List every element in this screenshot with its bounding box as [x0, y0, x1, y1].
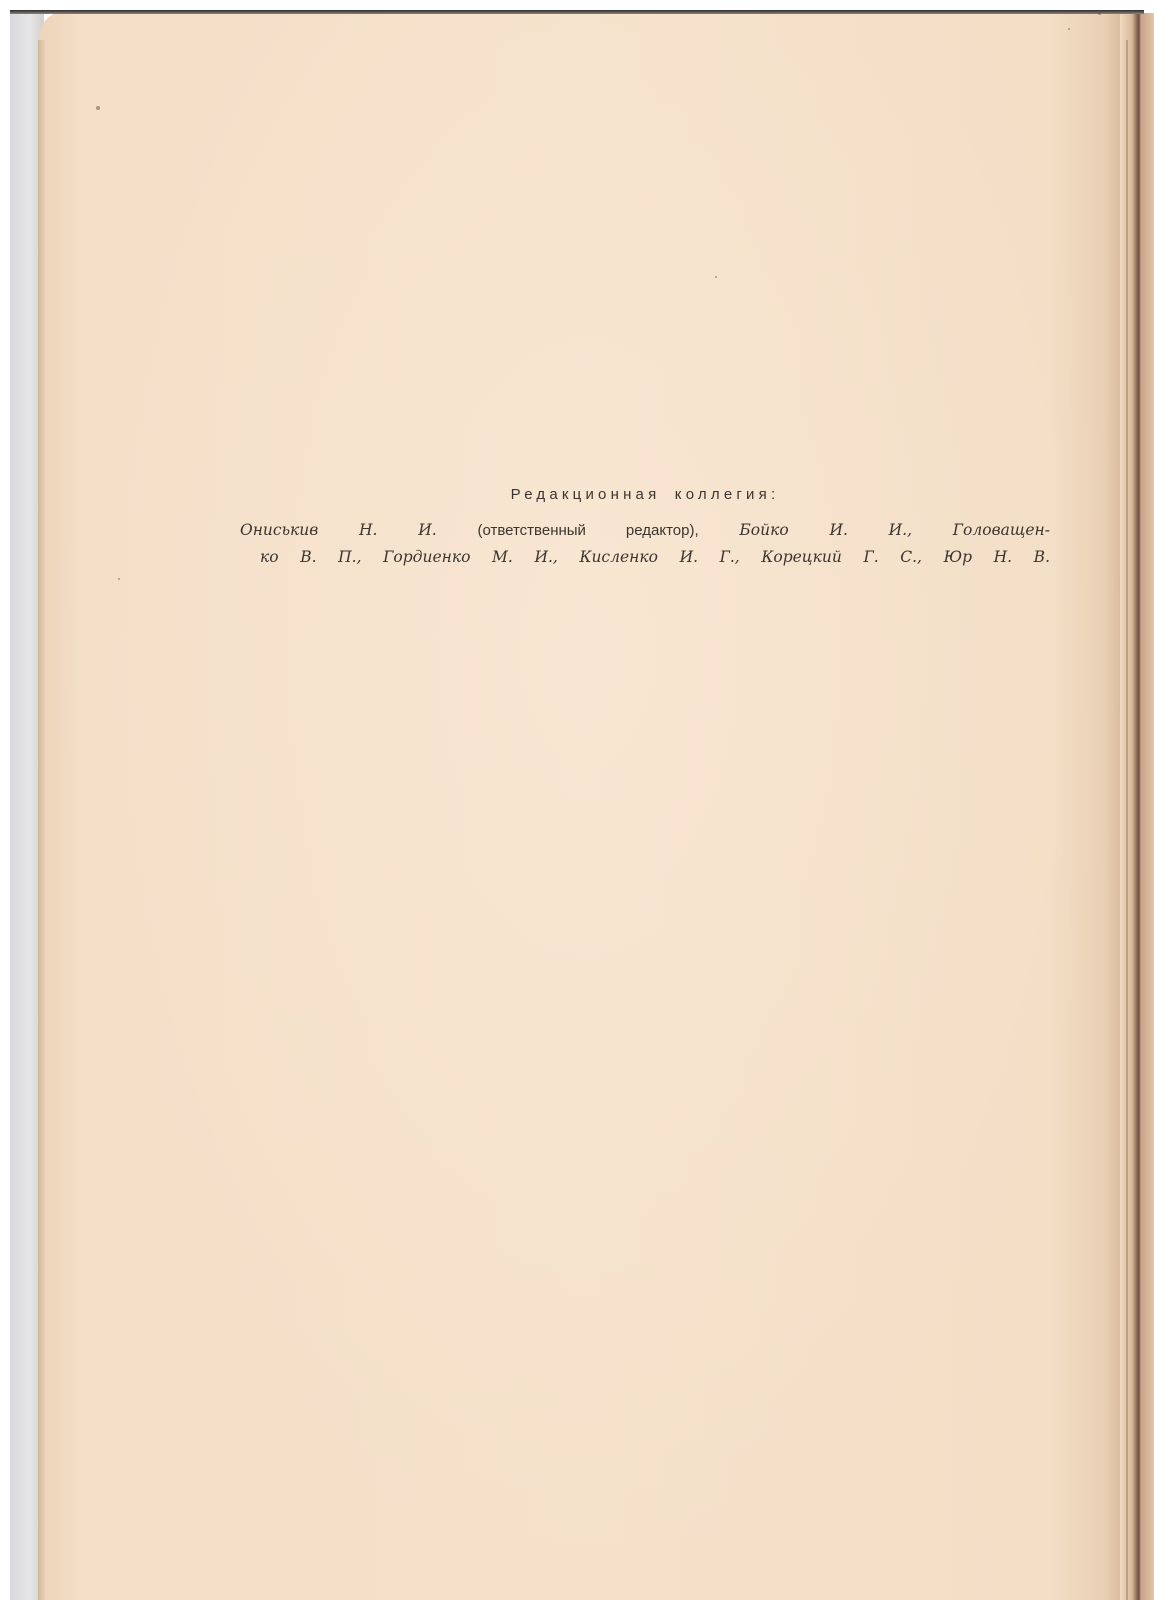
member-name: Гордиенко М. И., [383, 548, 558, 566]
scanned-page-view: Редакционная коллегия: Oниськив Н. И. (о… [0, 0, 1154, 1600]
page-fold-line [1126, 40, 1128, 1600]
paper-speck [1068, 28, 1070, 30]
scanner-top-shadow [10, 10, 1144, 14]
paper-speck [118, 578, 120, 580]
member-name: Юр Н. В. [944, 548, 1050, 566]
chief-editor-name: Oниськив Н. И. [240, 521, 437, 539]
editorial-board-members: Oниськив Н. И. (ответственный редактор),… [230, 517, 1050, 570]
member-name: Корецкий Г. С., [761, 548, 922, 566]
paper-page [38, 13, 1138, 1600]
paper-speck [715, 276, 717, 278]
paper-speck [1098, 12, 1101, 15]
editorial-board-heading: Редакционная коллегия: [230, 486, 1050, 503]
member-name: ко В. П., [260, 548, 362, 566]
editorial-board-block: Редакционная коллегия: Oниськив Н. И. (о… [230, 486, 1050, 570]
page-left-edge [38, 40, 46, 1600]
member-name: Бойко И. И., [739, 521, 912, 539]
member-name: Кисленко И. Г., [579, 548, 739, 566]
member-name: Головащен- [953, 521, 1050, 539]
paper-speck [96, 106, 100, 110]
members-line-2: ко В. П., Гордиенко М. И., Кисленко И. Г… [240, 544, 1050, 570]
members-line-1: Oниськив Н. И. (ответственный редактор),… [240, 517, 1050, 544]
chief-editor-role: (ответственный редактор), [477, 522, 698, 539]
